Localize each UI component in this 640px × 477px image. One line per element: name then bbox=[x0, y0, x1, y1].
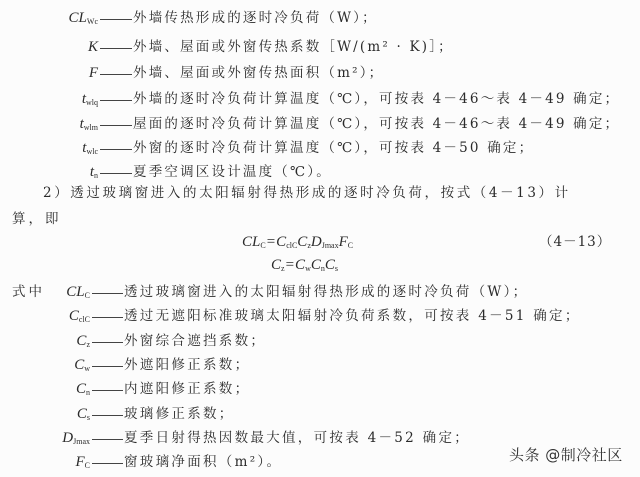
paragraph-line-1: 2）透过玻璃窗进入的太阳辐射得热形成的逐时冷负荷，按式（4－13）计 bbox=[43, 182, 571, 204]
definition-text: 外墙、屋面或外窗传热面积（m²）； bbox=[133, 62, 384, 84]
symbol-cn: Cn bbox=[30, 378, 90, 404]
formula-line-2: Cz=CwCnCs bbox=[271, 255, 338, 279]
em-dash bbox=[100, 149, 132, 150]
symbol-k: K bbox=[40, 36, 98, 58]
definition-text: 夏季日射得热因数最大值，可按表 4－52 确定； bbox=[124, 427, 470, 449]
symbol-fc: FC bbox=[30, 451, 90, 477]
symbol-cz: Cz bbox=[30, 330, 90, 356]
definition-text: 内遮阳修正系数； bbox=[124, 378, 250, 400]
symbol-clwc: CLWc bbox=[40, 7, 98, 33]
definition-text: 透过无遮阳标准玻璃太阳辐射冷负荷系数，可按表 4－51 确定； bbox=[124, 305, 581, 327]
definition-text: 外遮阳修正系数； bbox=[124, 354, 250, 376]
em-dash bbox=[92, 439, 123, 440]
symbol-twlc: twlc bbox=[40, 137, 98, 163]
symbol-clc: CLC bbox=[30, 281, 90, 307]
definition-text: 透过玻璃窗进入的太阳辐射得热形成的逐时冷负荷（W）； bbox=[124, 281, 528, 303]
definition-text: 玻璃修正系数； bbox=[124, 403, 235, 425]
definition-text: 外墙的逐时冷负荷计算温度（℃），可按表 4－46～表 4－49 确定； bbox=[133, 88, 620, 110]
definition-text: 外窗的逐时冷负荷计算温度（℃），可按表 4－50 确定； bbox=[133, 137, 534, 159]
em-dash bbox=[92, 390, 123, 391]
em-dash bbox=[92, 317, 123, 318]
equation-number: （4－13） bbox=[539, 232, 611, 252]
symbol-cw: Cw bbox=[30, 354, 90, 380]
em-dash bbox=[92, 342, 123, 343]
em-dash bbox=[92, 415, 123, 416]
em-dash bbox=[92, 293, 123, 294]
definition-text: 外墙传热形成的逐时冷负荷（W）； bbox=[133, 7, 378, 29]
symbol-twlm: twlm bbox=[40, 113, 98, 139]
symbol-cs: Cs bbox=[30, 403, 90, 429]
definition-text: 外墙、屋面或外窗传热系数［W/(m² · K)］； bbox=[133, 36, 454, 58]
em-dash bbox=[100, 19, 132, 20]
document-page: CLWc 外墙传热形成的逐时冷负荷（W）； K 外墙、屋面或外窗传热系数［W/(… bbox=[0, 0, 640, 477]
definition-text: 外窗综合遮挡系数； bbox=[124, 330, 266, 352]
watermark: 头条 @制冷社区 bbox=[509, 444, 623, 465]
formula-line-1: CLC=CclCCzDJmaxFC bbox=[242, 232, 353, 256]
em-dash bbox=[100, 48, 132, 49]
em-dash bbox=[100, 74, 132, 75]
em-dash bbox=[100, 125, 132, 126]
symbol-djmax: DJmax bbox=[30, 427, 90, 453]
em-dash bbox=[92, 366, 123, 367]
symbol-f: F bbox=[40, 62, 98, 84]
definition-text: 窗玻璃净面积（m²）。 bbox=[124, 451, 282, 473]
symbol-cclc: CclC bbox=[30, 305, 90, 331]
definition-text: 屋面的逐时冷负荷计算温度（℃），可按表 4－46～表 4－49 确定； bbox=[133, 113, 620, 135]
paragraph-line-2: 算，即 bbox=[12, 208, 62, 230]
em-dash bbox=[100, 173, 132, 174]
em-dash bbox=[92, 463, 123, 464]
symbol-twlq: twlq bbox=[40, 88, 98, 114]
definition-text: 夏季空调区设计温度（℃）。 bbox=[133, 161, 332, 183]
em-dash bbox=[100, 100, 132, 101]
